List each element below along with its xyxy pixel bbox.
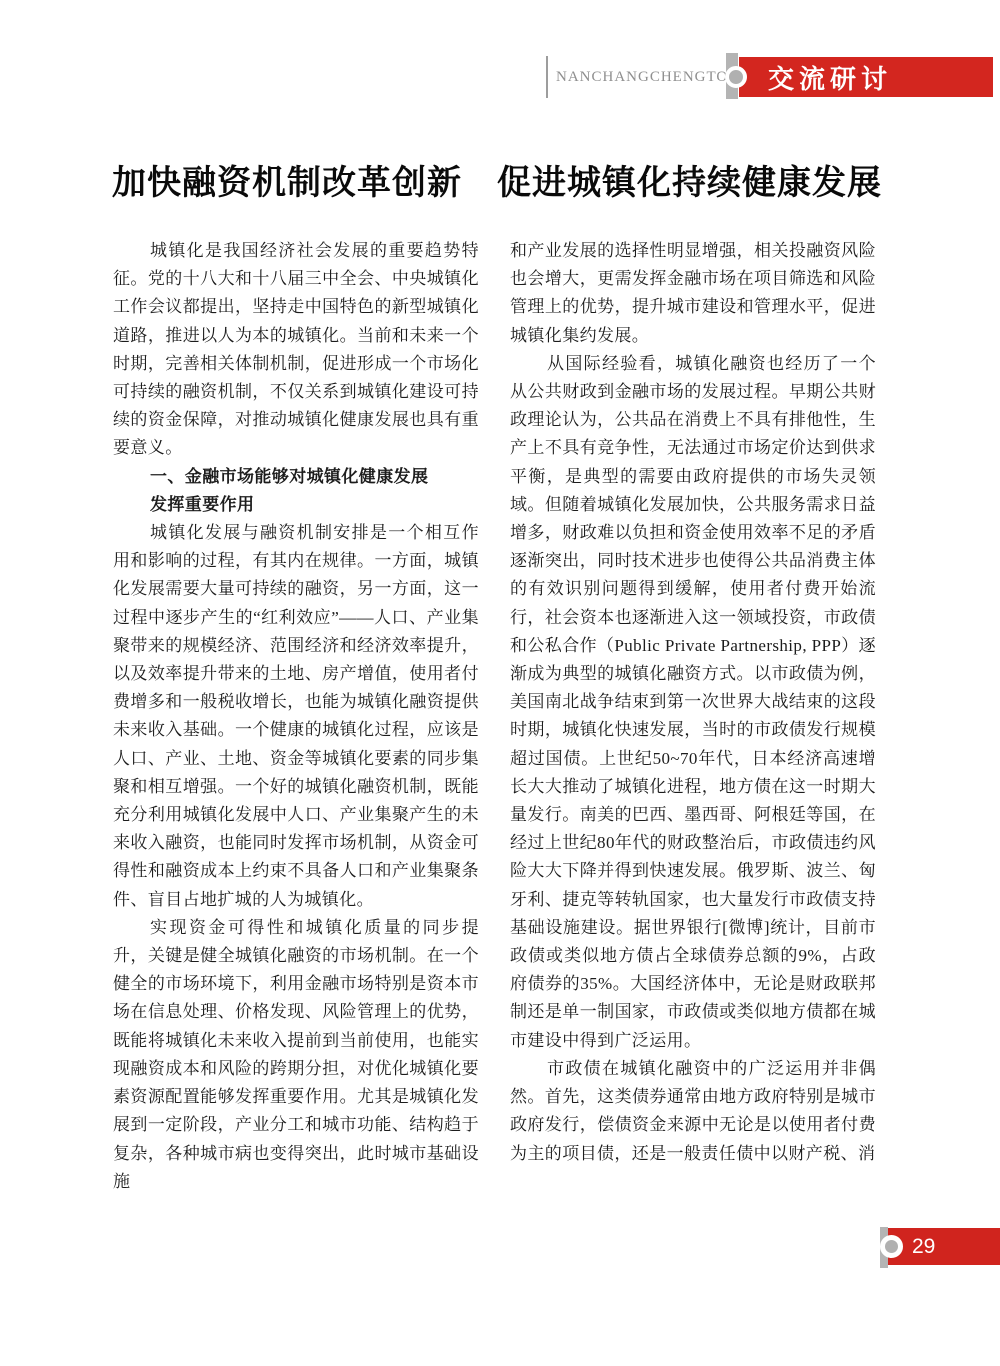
brand-text: NANCHANGCHENGTOU <box>556 69 740 86</box>
section-badge: 交流研讨 <box>739 57 993 97</box>
paragraph-market-continued: 和产业发展的选择性明显增强，相关投融资风险也会增大，更需发挥金融市场在项目筛选和… <box>510 237 876 350</box>
section-heading-1: 一、金融市场能够对城镇化健康发展 发挥重要作用 <box>113 463 479 519</box>
left-column: 城镇化是我国经济社会发展的重要趋势特征。党的十八大和十八届三中全会、中央城镇化工… <box>113 237 479 1196</box>
paragraph-intro: 城镇化是我国经济社会发展的重要趋势特征。党的十八大和十八届三中全会、中央城镇化工… <box>113 237 479 463</box>
paragraph-municipal-bonds: 市政债在城镇化融资中的广泛运用并非偶然。首先，这类债券通常由地方政府特别是城市政… <box>510 1055 876 1168</box>
section-label: 交流研讨 <box>768 59 892 96</box>
article-title: 加快融资机制改革创新 促进城镇化持续健康发展 <box>112 155 892 204</box>
brand-divider-line <box>546 56 548 98</box>
footer-bullet-circle-icon <box>880 1235 903 1258</box>
right-column: 和产业发展的选择性明显增强，相关投融资风险也会增大，更需发挥金融市场在项目筛选和… <box>510 237 876 1168</box>
bullet-circle-icon <box>725 66 747 88</box>
page-number: 29 <box>912 1235 935 1259</box>
heading-line-2: 发挥重要作用 <box>150 495 254 514</box>
journal-page: NANCHANGCHENGTOU 交流研讨 加快融资机制改革创新 促进城镇化持续… <box>0 0 1000 1366</box>
paragraph-market: 实现资金可得性和城镇化质量的同步提升，关键是健全城镇化融资的市场机制。在一个健全… <box>113 914 479 1196</box>
paragraph-international-experience: 从国际经验看，城镇化融资也经历了一个从公共财政到金融市场的发展过程。早期公共财政… <box>510 350 876 1055</box>
paragraph-mechanism: 城镇化发展与融资机制安排是一个相互作用和影响的过程，有其内在规律。一方面，城镇化… <box>113 519 479 914</box>
heading-line-1: 一、金融市场能够对城镇化健康发展 <box>150 467 428 486</box>
page-number-badge: 29 <box>888 1228 1000 1265</box>
